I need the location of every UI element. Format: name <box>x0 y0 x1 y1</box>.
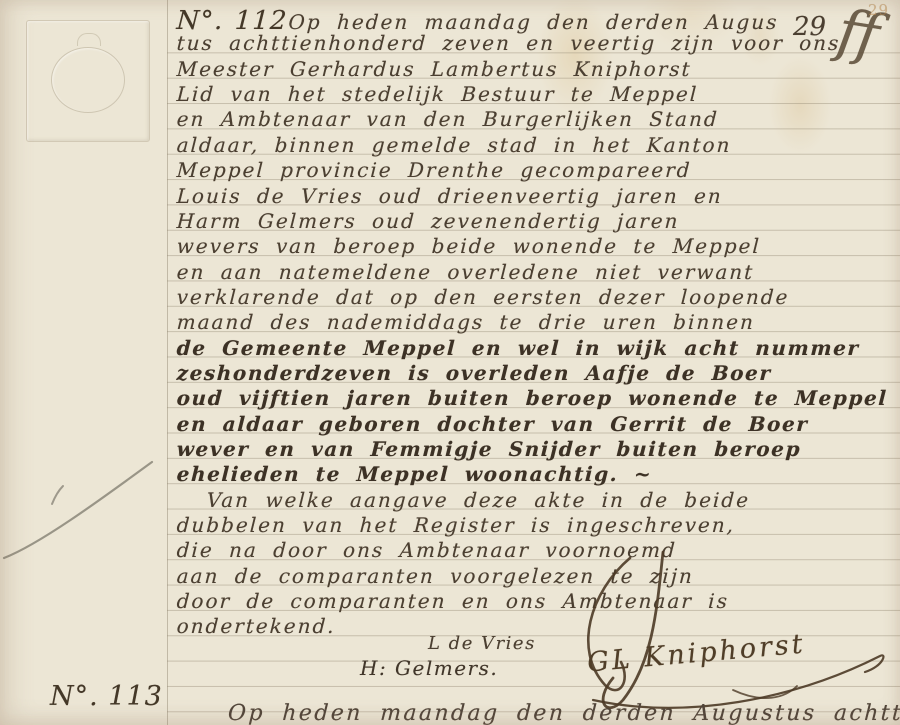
manuscript-line: ehelieden te Meppel woonachtig. ~ <box>176 462 653 488</box>
manuscript-line: ondertekend. <box>176 614 336 640</box>
register-page-scan: N°. 112Op heden maandag den derden Augus… <box>0 0 900 725</box>
record-113-number: N°. 113 <box>50 681 163 712</box>
manuscript-line: zeshonderdzeven is overleden Aafje de Bo… <box>176 361 772 387</box>
manuscript-line: en Ambtenaar van den Burgerlijken Stand <box>176 107 719 133</box>
manuscript-line: oud vijftien jaren buiten beroep wonende… <box>176 386 888 412</box>
margin-rule <box>167 0 168 725</box>
embossed-seal <box>26 20 150 142</box>
manuscript-line: N°. 112Op heden maandag den derden Augus <box>176 6 779 32</box>
day-number: 29 <box>793 12 826 42</box>
manuscript-line: Lid van het stedelijk Bestuur te Meppel <box>176 82 699 108</box>
record-113-first-line: Op heden maandag den derden Augustus ach… <box>227 701 900 725</box>
manuscript-line: dubbelen van het Register is ingeschreve… <box>176 513 736 539</box>
seal-oval <box>51 47 125 113</box>
signature-registrar: GL Kniphorst <box>535 550 900 725</box>
seal-crown <box>77 33 101 46</box>
manuscript-line: de Gemeente Meppel en wel in wijk acht n… <box>176 336 860 362</box>
manuscript-line: maand des nademiddags te drie uren binne… <box>176 310 756 336</box>
manuscript-line: en aldaar geboren dochter van Gerrit de … <box>176 412 809 438</box>
manuscript-line: Harm Gelmers oud zevenendertig jaren <box>176 209 680 235</box>
manuscript-line: aldaar, binnen gemelde stad in het Kanto… <box>176 133 732 159</box>
manuscript-line: Van welke aangave deze akte in de beide <box>176 488 751 514</box>
manuscript-line: en aan natemeldene overledene niet verwa… <box>176 260 755 286</box>
signature-witness-2: H: Gelmers. <box>360 656 498 680</box>
manuscript-line: wever en van Femmigje Snijder buiten ber… <box>176 437 802 463</box>
manuscript-line: verklarende dat op den eersten dezer loo… <box>176 285 790 311</box>
manuscript-line: Meppel provincie Drenthe gecompareerd <box>176 158 692 184</box>
manuscript-line: Meester Gerhardus Lambertus Kniphorst <box>176 57 692 83</box>
manuscript-line: tus achttienhonderd zeven en veertig zij… <box>176 31 841 57</box>
manuscript-line: wevers van beroep beide wonende te Meppe… <box>176 234 762 260</box>
page-number: 29 <box>868 1 889 19</box>
signature-witness-1: L de Vries <box>428 633 536 654</box>
pencil-checkmark <box>0 438 175 583</box>
manuscript-line: Louis de Vries oud drieenveertig jaren e… <box>176 184 723 210</box>
